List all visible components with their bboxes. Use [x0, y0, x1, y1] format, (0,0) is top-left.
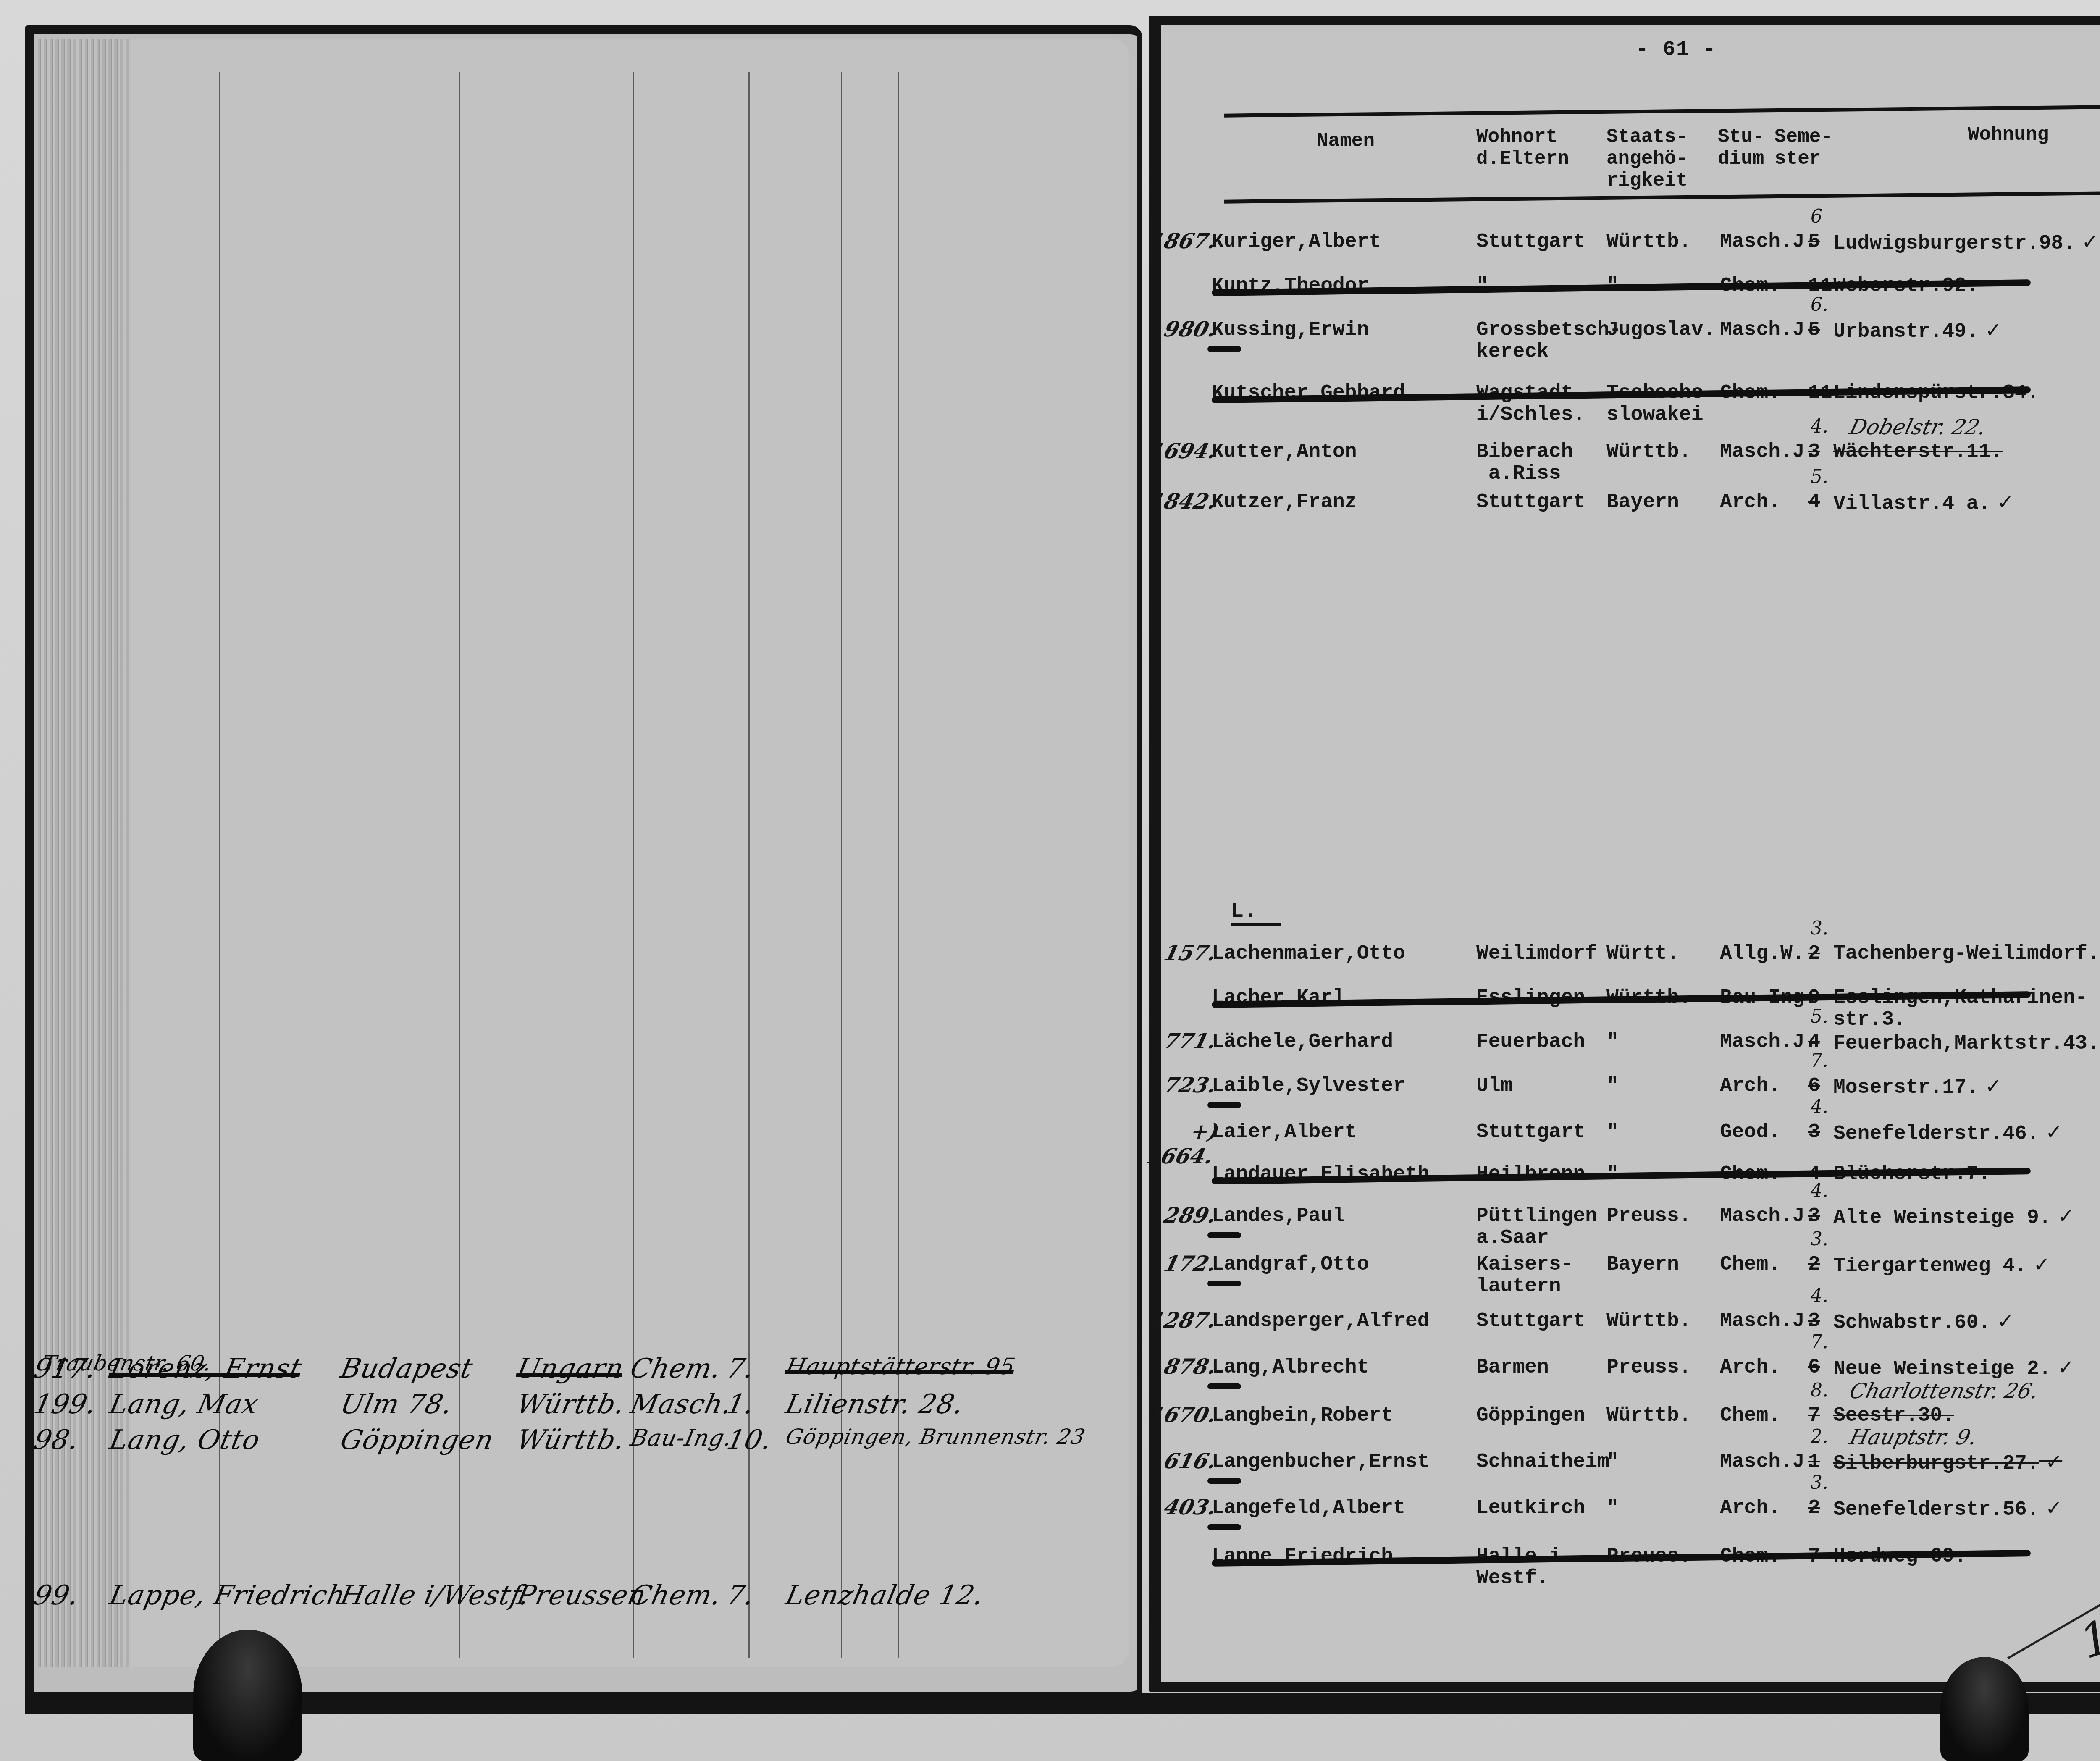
- register-row: Landauer,ElisabethHeilbronn"Chem.4Blüche…: [1161, 1163, 2100, 1193]
- register-row: 1842.Kutzer,FranzStuttgartBayernArch.45.…: [1161, 491, 2100, 521]
- semester-updated: 5.: [1811, 466, 1828, 488]
- field-of-study: Arch.: [1720, 491, 1780, 513]
- semester-updated: 3.: [1811, 1472, 1828, 1493]
- matriculation-number: 172.: [1142, 1251, 1219, 1276]
- checkmark: ✓: [2039, 1450, 2062, 1474]
- register-row: 172.Landgraf,OttoKaisers- lauternBayernC…: [1161, 1254, 2100, 1283]
- right-page: - 61 - Namen Wohnort d.Eltern Staats- an…: [1149, 16, 2100, 1692]
- student-name: Lang, Max: [107, 1389, 261, 1420]
- address: Senefelderstr.56. ✓: [1833, 1497, 2062, 1521]
- semester-updated: 4.: [1811, 1285, 1828, 1307]
- student-name: Lachenmaier,Otto: [1212, 943, 1405, 965]
- column-rule: [841, 72, 842, 1658]
- field-of-study: Masch.: [627, 1389, 735, 1420]
- address: Neue Weinsteige 2. ✓: [1833, 1357, 2074, 1380]
- citizenship: ": [1606, 1075, 1619, 1097]
- student-name: Langefeld,Albert: [1212, 1497, 1405, 1519]
- field-of-study: Masch.J.: [1720, 1031, 1816, 1053]
- column-rule: [898, 72, 899, 1658]
- parents-residence: Ulm 78.: [338, 1389, 455, 1420]
- citizenship: Württ.: [1606, 943, 1679, 965]
- citizenship: Tschecho- slowakei: [1606, 382, 1715, 426]
- student-name: Lang, Otto: [107, 1425, 263, 1456]
- register-row: 723.Laible,SylvesterUlm"Arch.67.Moserstr…: [1161, 1075, 2100, 1105]
- semester-updated: 3.: [1811, 918, 1828, 939]
- address: Lenzhalde 12.: [783, 1580, 987, 1611]
- address: Wächterstr.11.: [1833, 441, 2003, 463]
- header-namen: Namen: [1317, 130, 1375, 152]
- semester: 2: [1808, 1254, 1820, 1275]
- parents-residence: Feuerbach: [1476, 1031, 1585, 1053]
- student-name: Lächele,Gerhard: [1212, 1031, 1393, 1053]
- semester-updated: 5.: [1811, 1006, 1828, 1027]
- matriculation-number: 403.: [1142, 1495, 1219, 1520]
- student-name: Lappe, Friedrich: [107, 1580, 348, 1611]
- register-row: 289.Landes,PaulPüttlingen a.SaarPreuss.M…: [1161, 1205, 2100, 1235]
- semester: 3: [1808, 1205, 1820, 1227]
- semester-updated: 6: [1811, 206, 1822, 227]
- address: Lilienstr. 28.: [783, 1389, 966, 1420]
- register-row: 157.Lachenmaier,OttoWeilimdorfWürtt.Allg…: [1161, 943, 2100, 972]
- parents-residence: Biberach a.Riss: [1476, 441, 1573, 485]
- row-number: 199.: [31, 1389, 99, 1420]
- student-name: Lang,Albrecht: [1212, 1357, 1369, 1378]
- semester: 3: [1808, 1121, 1820, 1143]
- matriculation-number: 1842.: [1142, 489, 1219, 514]
- initial-underline: [1207, 1383, 1241, 1389]
- citizenship: Württb.: [514, 1425, 627, 1456]
- address: Silberburgstr.27. ✓: [1833, 1451, 2062, 1475]
- student-name: Kussing,Erwin: [1212, 319, 1369, 341]
- header-staatsangehoerigkeit: Staats- angehö- rigkeit: [1606, 126, 1688, 192]
- matriculation-number: 878.: [1142, 1354, 1219, 1379]
- matriculation-number: 289.: [1142, 1203, 1219, 1228]
- citizenship: ": [1606, 1031, 1619, 1053]
- page-number: - 61 -: [1636, 38, 1717, 62]
- field-of-study: Arch.: [1720, 1075, 1780, 1097]
- left-page: Traubenstr. 60. 917. Lorenz, Ernst Budap…: [25, 25, 1142, 1701]
- semester: 6: [1808, 1357, 1820, 1378]
- register-row: 1287.Landsperger,AlfredStuttgartWürttb.M…: [1161, 1310, 2100, 1340]
- parents-residence: Stuttgart: [1476, 1310, 1585, 1332]
- field-of-study: Arch.: [1720, 1357, 1780, 1378]
- checkmark: ✓: [1990, 491, 2013, 514]
- semester-updated: 7.: [1811, 1331, 1828, 1353]
- address: Schwabstr.60. ✓: [1833, 1310, 2014, 1334]
- address: Göppingen, Brunnenstr. 23: [784, 1425, 1088, 1449]
- header-rule-bottom: [1224, 191, 2100, 203]
- parents-residence: Göppingen: [1476, 1405, 1585, 1427]
- matriculation-number: 1694.: [1142, 438, 1219, 463]
- semester-updated: 2.: [1811, 1426, 1828, 1447]
- field-of-study: Arch.: [1720, 1497, 1780, 1519]
- matriculation-number: 1867.: [1142, 228, 1219, 253]
- semester: 5: [1808, 231, 1820, 253]
- student-name: Langbein,Robert: [1212, 1405, 1393, 1427]
- address: Feuerbach,Marktstr.43. ✓: [1833, 1031, 2100, 1055]
- parents-residence: Weilimdorf: [1476, 943, 1597, 965]
- citizenship: Ungarn: [514, 1353, 627, 1384]
- row-number: 917.: [31, 1353, 99, 1384]
- semester-updated: 4.: [1811, 1180, 1828, 1202]
- semester-updated: 6.: [1811, 294, 1828, 315]
- header-rule-top: [1224, 105, 2100, 117]
- header-semester: Seme- ster: [1774, 126, 1832, 170]
- address: Villastr.4 a. ✓: [1833, 491, 2014, 515]
- column-rule: [459, 72, 460, 1658]
- parents-residence: Stuttgart: [1476, 231, 1585, 253]
- header-wohnung: Wohnung: [1968, 124, 2049, 146]
- matriculation-number: 723.: [1142, 1073, 1219, 1097]
- register-row: 1867.Kuriger,AlbertStuttgartWürttb.Masch…: [1161, 231, 2100, 260]
- field-of-study: Masch.J.: [1720, 441, 1816, 463]
- semester-updated: 7.: [1811, 1050, 1828, 1071]
- initial-underline: [1207, 1232, 1241, 1238]
- row-number: 98.: [31, 1425, 82, 1456]
- parents-residence: Püttlingen a.Saar: [1476, 1205, 1597, 1249]
- header-wohnort: Wohnort d.Eltern: [1476, 126, 1569, 170]
- register-row: 403.Langefeld,AlbertLeutkirch"Arch.23.Se…: [1161, 1497, 2100, 1527]
- checkmark: ✓: [2075, 230, 2098, 254]
- citizenship: Württb.: [1606, 1310, 1691, 1332]
- holding-finger-right: [1940, 1657, 2029, 1761]
- field-of-study: Masch.J: [1720, 319, 1805, 341]
- parents-residence: Barmen: [1476, 1357, 1549, 1378]
- student-name: Landes,Paul: [1212, 1205, 1345, 1227]
- matriculation-number: 1670.: [1142, 1402, 1219, 1427]
- section-letter-l: L.: [1231, 899, 1257, 924]
- page-stack-edge: [38, 39, 130, 1667]
- address: Tiergartenweg 4. ✓: [1833, 1254, 2050, 1277]
- parents-residence: Leutkirch: [1476, 1497, 1585, 1519]
- citizenship: Württb.: [1606, 1405, 1691, 1427]
- matriculation-number: +) 1664.: [1138, 1119, 1222, 1168]
- initial-underline: [1207, 1281, 1241, 1286]
- matriculation-number: 980.: [1142, 317, 1219, 341]
- student-name: Landgraf,Otto: [1212, 1254, 1369, 1275]
- citizenship: ": [1606, 1121, 1619, 1143]
- field-of-study: Allg.W.: [1720, 943, 1805, 965]
- address-updated: Charlottenstr. 26.: [1847, 1379, 2041, 1403]
- semester: 3: [1808, 441, 1820, 463]
- student-name: Landsperger,Alfred: [1212, 1310, 1429, 1332]
- semester-updated: 4.: [1811, 416, 1828, 437]
- column-rule: [633, 72, 634, 1658]
- student-name: Kutter,Anton: [1212, 441, 1357, 463]
- semester-updated: 8.: [1811, 1380, 1828, 1401]
- field-of-study: Masch.J.: [1720, 1310, 1816, 1332]
- address: Urbanstr.49. ✓: [1833, 319, 2002, 343]
- checkmark: ✓: [2039, 1496, 2062, 1520]
- register-row: 980.Kussing,ErwinGrossbetsch- kereckJugo…: [1161, 319, 2100, 349]
- semester: 10.: [724, 1425, 775, 1456]
- address: Moserstr.17. ✓: [1833, 1075, 2002, 1099]
- address-updated: Hauptstr. 9.: [1847, 1425, 1980, 1449]
- row-number: 99.: [31, 1580, 82, 1611]
- student-name: Kuriger,Albert: [1212, 231, 1381, 253]
- semester-updated: 3.: [1811, 1228, 1828, 1250]
- student-name: Langenbucher,Ernst: [1212, 1451, 1429, 1473]
- citizenship: ": [1606, 1497, 1619, 1519]
- register-row: 1694.Kutter,AntonBiberach a.RissWürttb.M…: [1161, 441, 2100, 470]
- checkmark: ✓: [1990, 1310, 2013, 1333]
- parents-residence: Halle i/Westf.: [338, 1580, 533, 1611]
- checkmark: ✓: [2051, 1205, 2074, 1228]
- checkmark: ✓: [1979, 1074, 2002, 1098]
- matriculation-number: 771.: [1142, 1029, 1219, 1053]
- parents-residence: Stuttgart: [1476, 1121, 1585, 1143]
- register-row: Kuntz,Theodor""Chem.11Weberstr.92.: [1161, 275, 2100, 304]
- address: Alte Weinsteige 9. ✓: [1833, 1205, 2074, 1229]
- initial-underline: [1207, 1478, 1241, 1484]
- register-row: Lacher,KarlEsslingenWürttb.Bau-Ing.9Essl…: [1161, 987, 2100, 1016]
- citizenship: Preuss.: [1606, 1357, 1691, 1378]
- address: Tachenberg-Weilimdorf.: [1833, 943, 2100, 965]
- address: Seestr.30.: [1833, 1405, 1954, 1427]
- register-row: +) 1664.Laier,AlbertStuttgart"Geod.34.Se…: [1161, 1121, 2100, 1151]
- parents-residence: Schnaitheim: [1476, 1451, 1609, 1473]
- field-of-study: Masch.J.: [1720, 1205, 1816, 1227]
- matriculation-number: 1287.: [1142, 1308, 1219, 1333]
- semester: 2: [1808, 1497, 1820, 1519]
- student-name: Laible,Sylvester: [1212, 1075, 1405, 1097]
- student-name: Kutzer,Franz: [1212, 491, 1357, 513]
- citizenship: Preuss.: [1606, 1205, 1691, 1227]
- checkmark: ✓: [1979, 318, 2002, 342]
- parents-residence: Göppingen: [338, 1425, 496, 1456]
- parents-residence: Ulm: [1476, 1075, 1512, 1097]
- citizenship: Württb.: [1606, 441, 1691, 463]
- field-of-study: Geod.: [1720, 1121, 1780, 1143]
- matriculation-number: 157.: [1142, 940, 1219, 965]
- field-of-study: Chem.: [627, 1580, 724, 1611]
- column-rule: [748, 72, 750, 1658]
- semester: 1: [1808, 1451, 1820, 1473]
- parents-residence: Halle i. Westf.: [1476, 1546, 1573, 1589]
- parents-residence: Wagstadt i/Schles.: [1476, 382, 1585, 426]
- parents-residence: Kaisers- lautern: [1476, 1254, 1573, 1297]
- initial-underline: [1207, 1524, 1241, 1530]
- register-row: 616.Langenbucher,ErnstSchnaitheim"Masch.…: [1161, 1451, 2100, 1480]
- holding-finger-left: [193, 1630, 302, 1761]
- header-studium: Stu- dium: [1718, 126, 1764, 170]
- parents-residence: Grossbetsch- kereck: [1476, 319, 1622, 363]
- semester: 6: [1808, 1075, 1820, 1097]
- address: Ludwigsburgerstr.98. ✓: [1833, 231, 2099, 255]
- student-name: Laier,Albert: [1212, 1121, 1357, 1143]
- matriculation-number: 616.: [1142, 1449, 1219, 1473]
- semester: 5: [1808, 319, 1820, 341]
- register-row: Lappe,FriedrichHalle i. Westf.Preuss.Che…: [1161, 1546, 2100, 1575]
- address-updated: Dobelstr. 22.: [1847, 415, 1989, 439]
- checkmark: ✓: [2027, 1253, 2050, 1276]
- register-row: Kutscher,GebhardWagstadt i/Schles.Tschec…: [1161, 382, 2100, 412]
- checkmark: ✓: [2039, 1121, 2062, 1144]
- column-rule: [219, 72, 220, 1658]
- left-page-sheet: [131, 39, 1129, 1667]
- student-name: Lorenz, Ernst: [107, 1353, 304, 1384]
- field-of-study: Masch.J.: [1720, 1451, 1816, 1473]
- corner-mark: 19: [2074, 1600, 2100, 1669]
- citizenship: Bayern: [1606, 1254, 1679, 1275]
- book-bottom-shadow: [25, 1693, 2100, 1714]
- address: Senefelderstr.46. ✓: [1833, 1121, 2062, 1145]
- initial-underline: [1207, 346, 1241, 352]
- citizenship: ": [1606, 1451, 1619, 1473]
- field-of-study: Chem.: [1720, 1254, 1780, 1275]
- initial-underline: [1207, 1102, 1241, 1108]
- citizenship: Bayern: [1606, 491, 1679, 513]
- field-of-study: Bau-Ing.: [628, 1425, 735, 1451]
- field-of-study: Masch.J.: [1720, 231, 1816, 253]
- semester: 2: [1808, 943, 1820, 965]
- address-struck: Hauptstätterstr. 95: [783, 1353, 1018, 1380]
- field-of-study: Chem.: [627, 1353, 724, 1384]
- field-of-study: Chem.: [1720, 1405, 1780, 1427]
- parents-residence: Budapest: [338, 1353, 476, 1384]
- semester: 3: [1808, 1310, 1820, 1332]
- semester-updated: 4.: [1811, 1096, 1828, 1118]
- citizenship: Württb.: [514, 1389, 627, 1420]
- citizenship: Württb.: [1606, 231, 1691, 253]
- semester: 7: [1808, 1405, 1820, 1427]
- checkmark: ✓: [2051, 1356, 2074, 1379]
- register-row: 771.Lächele,GerhardFeuerbach"Masch.J.45.…: [1161, 1031, 2100, 1060]
- parents-residence: Stuttgart: [1476, 491, 1585, 513]
- semester: 4: [1808, 491, 1820, 513]
- citizenship: Jugoslav.: [1606, 319, 1715, 341]
